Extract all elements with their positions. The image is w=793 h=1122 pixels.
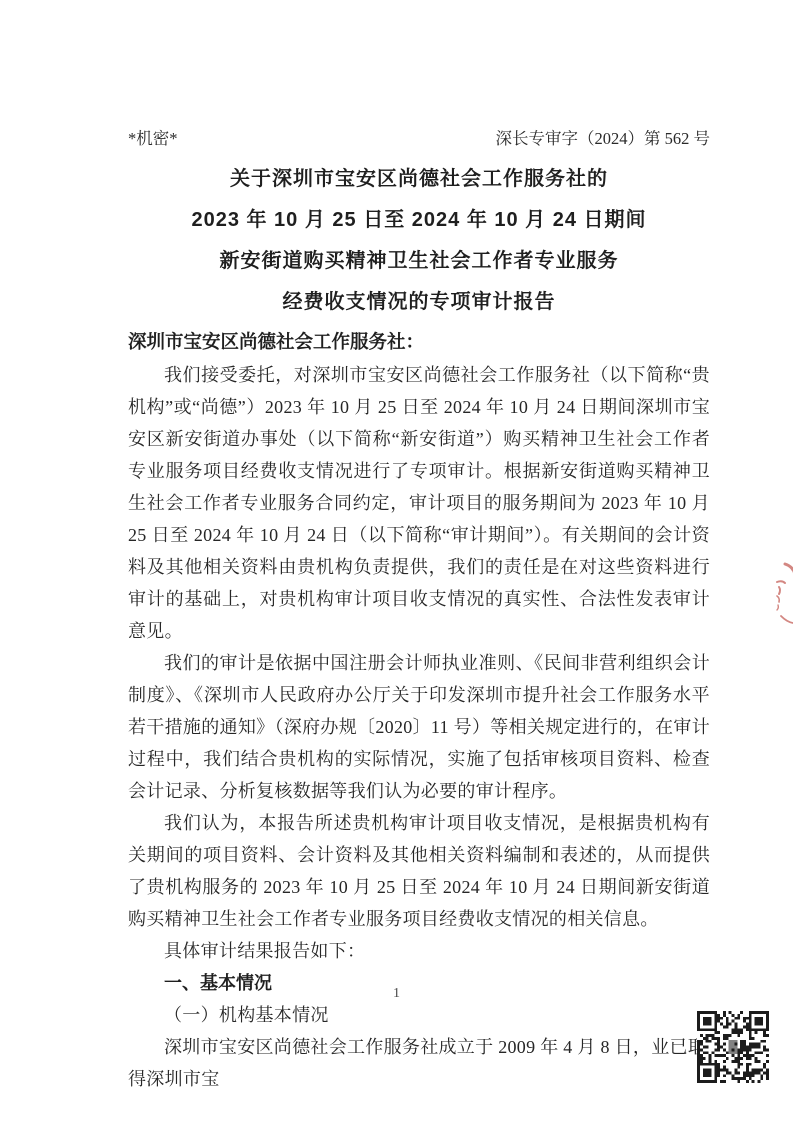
title-line-3: 新安街道购买精神卫生社会工作者专业服务: [128, 241, 710, 282]
subsection-1-1-heading: （一）机构基本情况: [128, 999, 710, 1031]
addressee-salutation: 深圳市宝安区尚德社会工作服务社：: [128, 327, 710, 359]
page-number: 1: [0, 986, 793, 1002]
section-body-first-line: 深圳市宝安区尚德社会工作服务社成立于 2009 年 4 月 8 日，业已取得深圳…: [128, 1031, 710, 1095]
document-title: 关于深圳市宝安区尚德社会工作服务社的 2023 年 10 月 25 日至 202…: [128, 159, 710, 323]
red-seal-fragment: [765, 556, 793, 642]
document-number: 深长专审字（2024）第 562 号: [496, 129, 711, 148]
document-page: *机密* 深长专审字（2024）第 562 号 关于深圳市宝安区尚德社会工作服务…: [0, 0, 793, 1122]
paragraph-audit-opinion: 我们认为，本报告所述贵机构审计项目收支情况，是根据贵机构有关期间的项目资料、会计…: [128, 807, 710, 935]
qr-code: [697, 1011, 769, 1083]
paragraph-audit-basis: 我们的审计是依据中国注册会计师执业准则、《民间非营利组织会计制度》、《深圳市人民…: [128, 647, 710, 807]
results-lead-in: 具体审计结果报告如下：: [128, 935, 710, 967]
classification-marking: *机密*: [128, 129, 178, 148]
title-line-4: 经费收支情况的专项审计报告: [128, 282, 710, 323]
paragraph-engagement-scope: 我们接受委托，对深圳市宝安区尚德社会工作服务社（以下简称“贵机构”或“尚德”）2…: [128, 359, 710, 647]
title-line-1: 关于深圳市宝安区尚德社会工作服务社的: [128, 159, 710, 200]
document-header: *机密* 深长专审字（2024）第 562 号: [128, 129, 710, 148]
title-line-2: 2023 年 10 月 25 日至 2024 年 10 月 24 日期间: [128, 200, 710, 241]
